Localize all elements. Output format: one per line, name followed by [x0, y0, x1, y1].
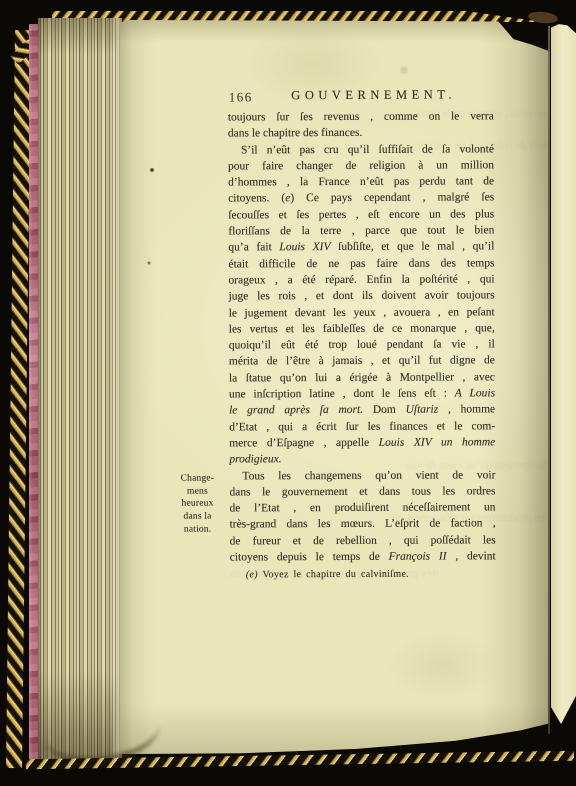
running-header: GOUVERNEMENT. [228, 87, 494, 103]
body-line: toujours ſur ſes revenus , comme on le v… [228, 108, 494, 125]
body-line: de l’Etat , en produiſirent néceſſaireme… [229, 499, 495, 516]
body-line: citoyens. (e) Ce pays cependant , malgré… [228, 190, 494, 207]
body-line: dans le chapitre des finances. [228, 125, 494, 142]
footnote-marker: (e) [246, 569, 258, 580]
body-line: le grand après ſa mort. Dom Uſtariz , ho… [229, 402, 495, 419]
page-number: 166 [229, 89, 253, 105]
page-content: 166 GOUVERNEMENT. Change-mensheureuxdans… [118, 19, 551, 755]
footnote-text: Voyez le chapitre du calviniſme. [258, 569, 409, 581]
body-line: d’hommes , la France n’eût pas perdu tan… [228, 173, 494, 190]
body-line: de fureur et de rebellion , qui poſſédai… [230, 532, 496, 549]
page-fore-edge-stack [38, 18, 122, 760]
body-line: pour faire changer de religion à un mill… [228, 157, 494, 174]
body-line: juge les rois , et dont ils doivent avoi… [229, 288, 495, 305]
margin-note-line: mens [165, 485, 229, 498]
margin-note-line: dans la [166, 511, 230, 524]
footnote: (e) Voyez le chapitre du calviniſme. [246, 569, 409, 581]
body-line: qu’a fait Louis XIV ſubſiſte, et que le … [228, 239, 494, 256]
gilt-page-edge-top [52, 11, 544, 22]
body-line: mérita de l’être à jamais , et qu’il fut… [229, 353, 495, 370]
body-line: orageux , a été réparé. Enfin la poſtéri… [228, 271, 494, 288]
body-line: S’il n’eût pas cru qu’il ſuffiſait de ſa… [228, 141, 494, 158]
body-line: citoyens depuis le temps de François II … [230, 548, 496, 565]
body-line: était difficile de ne pas faire dans des… [228, 255, 494, 272]
gutter-crease [548, 26, 550, 734]
body-line: la ſtatue qu’on lui a érigée à Montpelli… [229, 369, 495, 386]
body-line: d’Etat , qui a écrit ſur les finances et… [229, 418, 495, 435]
body-line: le jugement devant les yeux , avouera , … [229, 304, 495, 321]
body-line: une inſcription latine , dont le ſens eſ… [229, 385, 495, 402]
body-line: les vertus et les faibleſſes de ce monar… [229, 320, 495, 337]
body-line: floriſſans de la terre , parce que tout … [228, 222, 494, 239]
body-line: quoiqu’il eût été trop loué pendant ſa v… [229, 336, 495, 353]
margin-note-line: Change- [165, 472, 229, 485]
margin-note: Change-mensheureuxdans lanation. [165, 472, 229, 536]
book-scan: { "palette":{"paper":"#e9e6ba","ink":"#3… [0, 0, 576, 786]
body-line: dans le gouvernement et dans tous les or… [229, 483, 495, 500]
body-line: Tous les changemens qu’on vient de voir [229, 467, 495, 484]
body-line: merce d’Eſpagne , appelle Louis XIV un h… [229, 434, 495, 451]
margin-note-line: heureux [165, 498, 229, 511]
gilt-cover-edge-left [6, 30, 31, 768]
body-text: toujours ſur ſes revenus , comme on le v… [228, 108, 496, 565]
facing-page-sliver [551, 22, 576, 724]
body-line: ſecouſſes et ſes pertes , eſt encore un … [228, 206, 494, 223]
body-line: très-grand dans les mœurs. L’eſprit de f… [230, 516, 496, 533]
body-line: prodigieux. [229, 451, 495, 468]
margin-note-line: nation. [166, 523, 230, 536]
running-header-row: 166 GOUVERNEMENT. [228, 87, 494, 106]
book-page: toujours ſur ſes revenus , comme on le v… [120, 20, 550, 754]
